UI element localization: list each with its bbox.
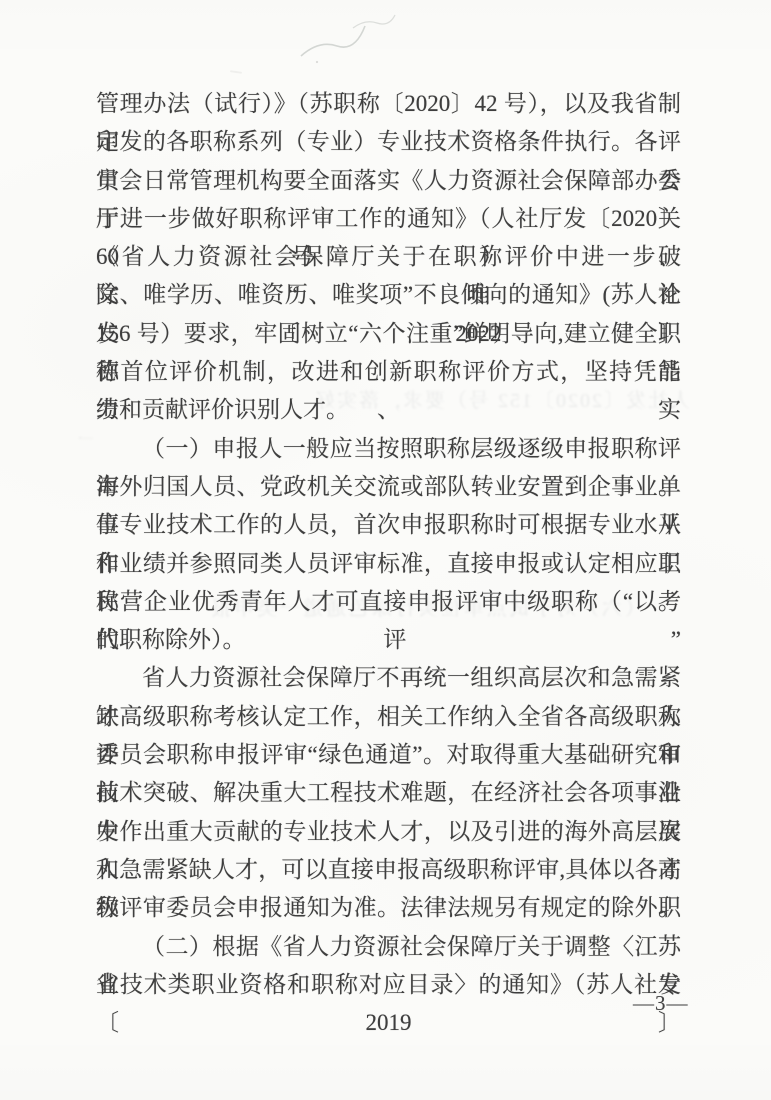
text-line: 业技术类职业资格和职称对应目录〉的通知》（苏人社发〔2019〕 [96, 966, 681, 1004]
text-line: 德首位评价机制，改进和创新职称评价方式，坚持凭能力、实 [96, 353, 681, 391]
bleedthrough-text: 一 [78, 427, 94, 450]
text-line: 印发的各职称系列（专业）专业技术资格条件执行。各评审委 [96, 123, 681, 161]
text-line: 称评审委员会申报通知为准。法律法规另有规定的除外。 [96, 889, 681, 927]
text-line: 作业绩并参照同类人员评审标准，直接申报或认定相应职称。 [96, 545, 681, 583]
text-line: 156 号）要求，牢固树立“六个注重”鲜明导向,建立健全职称品 [96, 315, 681, 353]
text-line: 技术突破、解决重大工程技术难题，在经济社会各项事业发展 [96, 774, 681, 812]
text-line: （一）申报人一般应当按照职称层级逐级申报职称评审。 [96, 430, 681, 468]
page-number: —3— [633, 991, 689, 1016]
text-line: 民营企业优秀青年人才可直接申报评审中级职称（“以考代评” [96, 583, 681, 621]
text-line: 和急需紧缺人才，可以直接申报高级职称评审,具体以各高级职 [96, 851, 681, 889]
text-line: 海外归国人员、党政机关交流或部队转业安置到企事业单位从 [96, 468, 681, 506]
text-line: 才高级职称考核认定工作，相关工作纳入全省各高级职称评审 [96, 698, 681, 736]
text-line: 中作出重大贡献的专业技术人才，以及引进的海外高层次人才 [96, 813, 681, 851]
ink-smudge [230, 70, 242, 74]
document-body: 管理办法（试行）》（苏职称〔2020〕42 号），以及我省制定印发的各职称系列（… [96, 85, 681, 1004]
scanned-document-page: 人社发〔2020〕152 号）要求，落实好 （六）对于试点单位实行绿色通道一类申… [0, 0, 771, 1100]
text-line: （二）根据《省人力资源社会保障厅关于调整〈江苏省专 [96, 928, 681, 966]
text-line: 管理办法（试行）》（苏职称〔2020〕42 号），以及我省制定 [96, 85, 681, 123]
text-line: 员会日常管理机构要全面落实《人力资源社会保障部办公厅关 [96, 162, 681, 200]
text-line: 事专业技术工作的人员，首次申报职称时可根据专业水平和工 [96, 506, 681, 544]
text-line: 委员会职称申报评审“绿色通道”。对取得重大基础研究和前沿 [96, 736, 681, 774]
pencil-scribble [295, 8, 405, 70]
text-line: 省人力资源社会保障厅不再统一组织高层次和急需紧缺人 [96, 659, 681, 697]
text-line: 《省人力资源社会保障厅关于在职称评价中进一步破除“唯论 [96, 238, 681, 276]
text-line: 于进一步做好职称评审工作的通知》（人社厅发〔2020〕60 号）、 [96, 200, 681, 238]
text-line: 文、唯学历、唯资历、唯奖项”不良倾向的通知》(苏人社发〔2022〕 [96, 276, 681, 314]
